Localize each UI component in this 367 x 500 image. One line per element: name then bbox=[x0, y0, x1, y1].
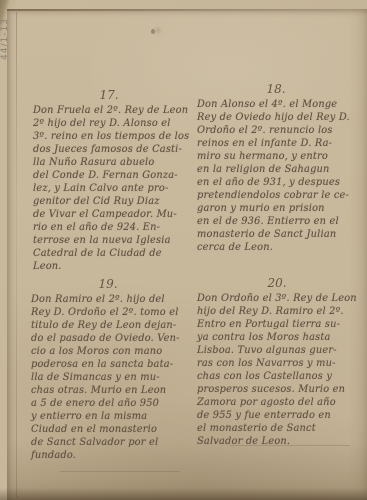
scan-bottom-shadow bbox=[0, 488, 367, 500]
section-17: 17. Don Fruela el 2º. Rey de Leon2º hijo… bbox=[33, 88, 185, 273]
manuscript-line: Leon. bbox=[33, 260, 185, 273]
manuscript-line: Don Alonso el 4º. el Monge bbox=[197, 98, 355, 111]
section-20: 20. Don Ordoño el 3º. Rey de Leonhijo de… bbox=[197, 276, 357, 448]
manuscript-line: reinos en el infante D. Ra- bbox=[197, 137, 355, 150]
section-17-number: 17. bbox=[33, 88, 185, 102]
manuscript-line: chas otras. Murio en Leon bbox=[31, 384, 185, 397]
faint-ruling-line bbox=[230, 445, 350, 446]
section-18: 18. Don Alonso el 4º. el MongeRey de Ovi… bbox=[197, 82, 355, 254]
manuscript-line: do el pasado de Oviedo. Ven- bbox=[31, 332, 185, 345]
manuscript-line: Entro en Portugal tierra su- bbox=[197, 318, 357, 331]
section-20-number: 20. bbox=[197, 276, 357, 290]
manuscript-line: monasterio de Sanct Julian bbox=[197, 228, 355, 241]
manuscript-line: lla de Simancas y en mu- bbox=[31, 371, 185, 384]
manuscript-line: Salvador de Leon. bbox=[197, 435, 357, 448]
manuscript-line: pretendiendolos cobrar le ce- bbox=[197, 189, 355, 202]
archive-margin-note: 44/1-13 bbox=[0, 18, 10, 60]
manuscript-line: terrose en la nueva Iglesia bbox=[33, 234, 185, 247]
manuscript-line: Rey D. Ordoño el 2º. tomo el bbox=[31, 306, 185, 319]
section-19-text: Don Ramiro el 2º. hijo delRey D. Ordoño … bbox=[31, 293, 185, 462]
manuscript-line: en el de 936. Entierro en el bbox=[197, 215, 355, 228]
sheet-top-edge bbox=[7, 9, 367, 11]
section-18-text: Don Alonso el 4º. el MongeRey de Oviedo … bbox=[197, 98, 355, 254]
paper-fold-line bbox=[16, 12, 17, 498]
section-20-text: Don Ordoño el 3º. Rey de Leonhijo del Re… bbox=[197, 292, 357, 448]
manuscript-line: cio a los Moros con mano bbox=[31, 345, 185, 358]
manuscript-line: lez, y Lain Calvo ante pro- bbox=[33, 182, 185, 195]
manuscript-line: Ciudad en el monasterio bbox=[31, 423, 185, 436]
manuscript-line: Don Ordoño el 3º. Rey de Leon bbox=[197, 292, 357, 305]
manuscript-line: Don Ramiro el 2º. hijo del bbox=[31, 293, 185, 306]
manuscript-line: chas con los Castellanos y bbox=[197, 370, 357, 383]
manuscript-line: ya contra los Moros hasta bbox=[197, 331, 357, 344]
manuscript-line: garon y murio en prision bbox=[197, 202, 355, 215]
manuscript-line: Rey de Oviedo hijo del Rey D. bbox=[197, 111, 355, 124]
manuscript-line: a 5 de enero del año 950 bbox=[31, 397, 185, 410]
ink-smudge bbox=[151, 29, 155, 34]
manuscript-line: rio en el año de 924. En- bbox=[33, 221, 185, 234]
manuscript-line: fundado. bbox=[31, 449, 185, 462]
manuscript-line: Catedral de la Ciudad de bbox=[33, 247, 185, 260]
manuscript-line: Ordoño el 2º. renuncio los bbox=[197, 124, 355, 137]
section-19-number: 19. bbox=[31, 277, 185, 291]
manuscript-line: 2º hijo del rey D. Alonso el bbox=[33, 117, 185, 130]
manuscript-line: 3º. reino en los tiempos de los bbox=[33, 130, 185, 143]
manuscript-line: Zamora por agosto del año bbox=[197, 396, 357, 409]
manuscript-line: ras con los Navarros y mu- bbox=[197, 357, 357, 370]
manuscript-line: en la religion de Sahagun bbox=[197, 163, 355, 176]
manuscript-line: titulo de Rey de Leon dejan- bbox=[31, 319, 185, 332]
manuscript-line: Lisboa. Tuvo algunas guer- bbox=[197, 344, 357, 357]
manuscript-line: miro su hermano, y entro bbox=[197, 150, 355, 163]
manuscript-line: en el año de 931, y despues bbox=[197, 176, 355, 189]
manuscript-line: del Conde D. Fernan Gonza- bbox=[33, 169, 185, 182]
manuscript-line: de Vivar el Campeador. Mu- bbox=[33, 208, 185, 221]
manuscript-line: genitor del Cid Ruy Diaz bbox=[33, 195, 185, 208]
manuscript-line: el monasterio de Sanct bbox=[197, 422, 357, 435]
faint-ruling-line bbox=[60, 471, 180, 472]
section-17-text: Don Fruela el 2º. Rey de Leon2º hijo del… bbox=[33, 104, 185, 273]
manuscript-line: y entierro en la misma bbox=[31, 410, 185, 423]
manuscript-line: poderosa en la sancta bata- bbox=[31, 358, 185, 371]
manuscript-line: de Sanct Salvador por el bbox=[31, 436, 185, 449]
manuscript-line: lla Nuño Rasura abuelo bbox=[33, 156, 185, 169]
manuscript-line: dos Jueces famosos de Casti- bbox=[33, 143, 185, 156]
manuscript-line: Don Fruela el 2º. Rey de Leon bbox=[33, 104, 185, 117]
manuscript-line: prosperos sucesos. Murio en bbox=[197, 383, 357, 396]
manuscript-line: de 955 y fue enterrado en bbox=[197, 409, 357, 422]
manuscript-line: cerca de Leon. bbox=[197, 241, 355, 254]
manuscript-line: hijo del Rey D. Ramiro el 2º. bbox=[197, 305, 357, 318]
section-18-number: 18. bbox=[197, 82, 355, 96]
section-19: 19. Don Ramiro el 2º. hijo delRey D. Ord… bbox=[31, 277, 185, 462]
